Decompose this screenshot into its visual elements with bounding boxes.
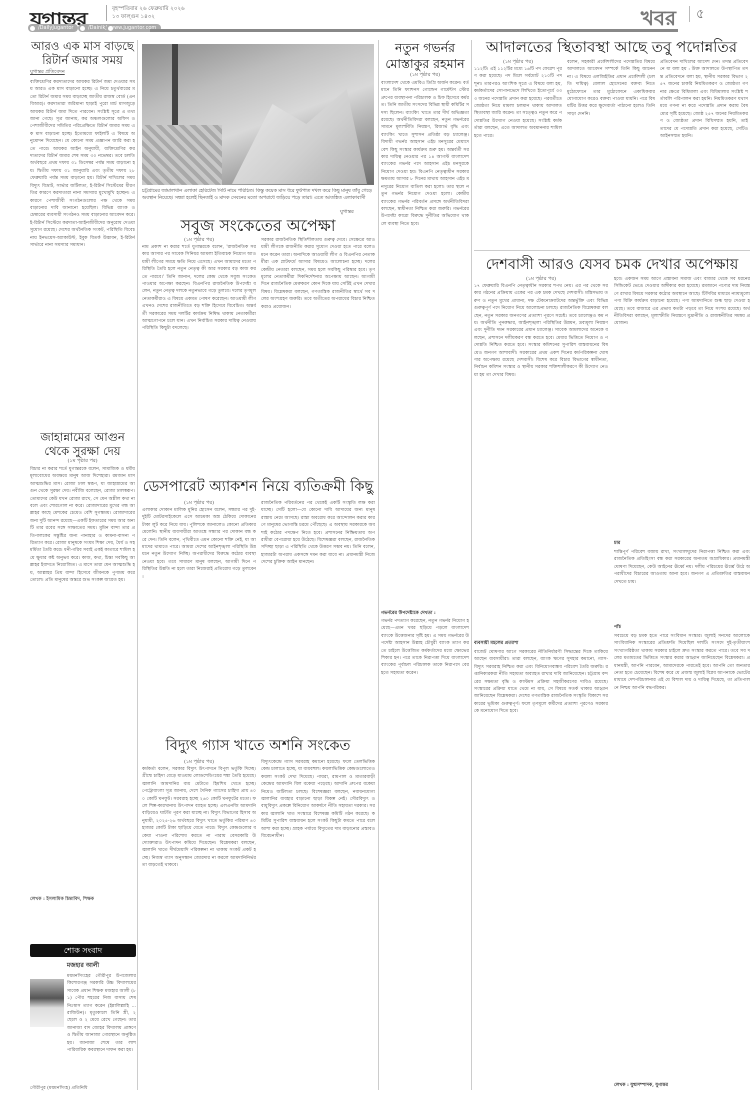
countrymen-col1: ১৭ ফেব্রুয়ারি বিএনপি নেতৃত্বাধীন সরকার …: [474, 283, 608, 638]
headline: আরও এক মাস বাড়ছে রিটার্ন জমার সময়: [30, 39, 135, 67]
byline: যুগান্তর প্রতিবেদন: [30, 69, 135, 77]
green-signal-body-right: সরকার রাজনৈতিক স্থিতিশীলতায় গুরুত্ব দেব…: [261, 237, 375, 470]
court-status-col1: ১১২টি। এই ১১২টির মধ্যে ১৬টি পদ ফেরেশ পূর…: [474, 66, 562, 246]
obituary: শোক সংবাদ মজহার আলী ময়মনসিংহের গৌরীপুর …: [30, 944, 136, 1093]
section-divider: [689, 6, 690, 22]
countrymen-col3b: শান্তিপূর্ণ পরিবেশ বজায় রাখা, সংখ্যালঘু…: [614, 549, 750, 619]
green-signal-body-left: নাম প্রকাশ না করার শর্তে যুগান্তরকে বলেন…: [142, 244, 256, 470]
headline: জাহান্নামের আগুন থেকে সুরক্ষা দেয়: [30, 430, 135, 458]
subhead: পাঁচ: [614, 624, 750, 632]
headline-green-signal: সবুজ সংকেতের অপেক্ষা: [142, 216, 374, 236]
date-bengali: ১৩ ফাল্গুন ১৪৩২: [112, 13, 185, 21]
kicker: (১ম পৃষ্ঠার পর): [381, 72, 469, 80]
obituary-name: মজহার আলী: [30, 960, 136, 971]
column-divider: [378, 40, 379, 1090]
headline-power-gas: বিদ্যুৎ গ্যাস খাতে অশনি সংকেত: [142, 737, 374, 755]
obituary-header: শোক সংবাদ: [30, 944, 136, 957]
news-photo: [142, 44, 374, 185]
article-body: বাংলাদেশ থেকে এমবিএ ডিগ্রি অর্জন করেন। ব…: [381, 80, 469, 610]
author: লেখক : যুগ্মসম্পাদক, যুগান্তর: [614, 1082, 750, 1090]
section-rule: [474, 250, 750, 251]
power-gas-body-right: বিদ্যুৎকেন্দ্রে গ্যাস সরবরাহ কমানো হয়েছ…: [261, 759, 375, 1090]
countrymen-col2: বাজেট ঘোষণার আগে সরকারের নীতিনির্ধারণী স…: [474, 649, 608, 1090]
obituary-credit: গৌরীপুর (ময়মনসিংহ) প্রতিনিধি: [30, 1085, 136, 1093]
date-box: বৃহস্পতিবার ২৬ ফেব্রুয়ারি ২০২৬ ১৩ ফাল্গ…: [106, 5, 185, 21]
section-title: খবর: [641, 4, 676, 37]
photo-credit: যুগান্তর: [340, 209, 354, 216]
page-number: ৫: [696, 5, 704, 26]
article-body: ব্যক্তিশ্রেণির করদাতাদের আয়কর রিটার্ন জ…: [30, 79, 135, 385]
headline-court-status: আদালতের স্থিতাবস্থা আছে তবু পদোন্নতির: [474, 37, 749, 57]
countrymen-col3c: সবচেয়ে বড় চমক হতে পারে সংবিধান সংস্কার…: [614, 633, 750, 1080]
headline-desperate-action: ডেসপারেট অ্যাকশন নিয়ে ব্যতিক্রমী কিছু: [142, 478, 374, 496]
column-divider: [137, 40, 138, 1090]
author: লেখক : ইসলামিক চিন্তাবিদ, শিক্ষক: [30, 896, 135, 904]
desperate-action-body-left: এলাকার দোকান মালিক মুনির হোসেন বলেন, সন্…: [142, 507, 256, 733]
kicker: (১ম পৃষ্ঠার পর): [30, 458, 135, 466]
court-status-col3: প্রতিবেদন দাখিলের আদেশ দেন। তদন্ত প্রতিব…: [660, 59, 748, 246]
countrymen-col3: হবে। একজন সময় আগে প্রস্তাবনা সমাজ এবং ব…: [614, 276, 750, 536]
photo-caption: চট্টগ্রামের জামালখান এলাকা হেরিটেজ সিটি …: [142, 188, 374, 209]
obituary-photo: [30, 979, 64, 1027]
subhead: গভর্নরের উপদেষ্টাকে দেখতা :: [381, 610, 469, 618]
article-return-deadline: আরও এক মাস বাড়ছে রিটার্ন জমার সময় যুগা…: [30, 39, 135, 385]
subhead: চার: [614, 540, 750, 548]
desperate-action-body-right: রাজনৈতিক পরিবর্তনের পর থেকেই একটি সংস্কৃ…: [261, 500, 375, 733]
headline-countrymen: দেশবাসী আরও যেসব চমক দেখার অপেক্ষায়: [474, 255, 750, 275]
article-body: বিচার না করার শর্তে যুগান্তরকে বলেন, সাম…: [30, 466, 135, 896]
power-gas-body-left: কর্মকর্তা বলেন, সরকার বিদ্যুৎ উৎপাদনে বি…: [142, 766, 256, 1090]
article-body-2: গভর্নর পদত্যাগ করেছেন, নতুন গভর্নর নিয়ো…: [381, 618, 469, 1048]
column-divider: [471, 40, 472, 1090]
date-gregorian: বৃহস্পতিবার ২৬ ফেব্রুয়ারি ২০২৬: [112, 5, 185, 13]
headline: নতুন গভর্নর মোস্তাকুর রহমান: [381, 40, 469, 72]
court-status-col2: বলেন, সহকারী প্রকৌশলীদের পদোন্নতির বিষয়…: [567, 59, 655, 246]
article-hell-fire: জাহান্নামের আগুন থেকে সুরক্ষা দেয় (১ম প…: [30, 430, 135, 904]
facebook-link[interactable]: /DailyJugantor: [28, 24, 78, 32]
obituary-body: ময়মনসিংহের গৌরীপুর উপজেলার কিশোরগঞ্জ সর…: [67, 973, 136, 1085]
masthead-rule: [150, 29, 678, 32]
subhead: ব্যবসায়ী মহলের প্রত্যাশা: [474, 640, 608, 648]
article-new-governor: নতুন গভর্নর মোস্তাকুর রহমান (১ম পৃষ্ঠার …: [381, 40, 469, 1048]
